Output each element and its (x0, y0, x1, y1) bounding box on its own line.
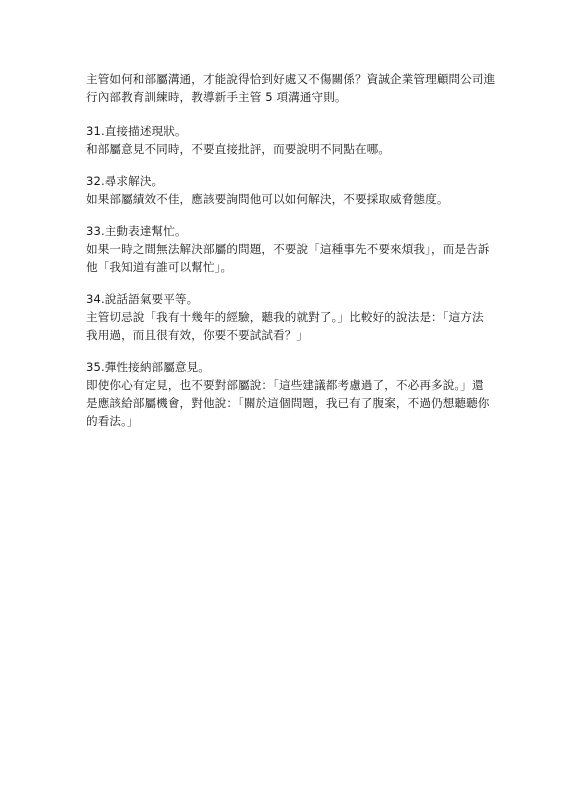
section-34: 34.說話語氣要平等。 主管切忌說「我有十幾年的經驗，聽我的就對了。」比較好的說… (86, 290, 510, 344)
section-heading: 35.彈性接納部屬意見。 (86, 358, 510, 376)
section-line: 即使你心有定見，也不要對部屬說：「這些建議都考慮過了，不必再多說。」還 (86, 376, 510, 394)
section-line: 的看法。」 (86, 412, 510, 430)
section-31: 31.直接描述現狀。 和部屬意見不同時，不要直接批評，而要說明不同點在哪。 (86, 122, 510, 158)
section-heading: 34.說話語氣要平等。 (86, 290, 510, 308)
intro-line: 行內部教育訓練時，教導新手主管 5 項溝通守則。 (86, 88, 510, 106)
section-32: 32.尋求解決。 如果部屬績效不佳，應該要詢問他可以如何解決，不要採取威脅態度。 (86, 172, 510, 208)
section-heading: 32.尋求解決。 (86, 172, 510, 190)
section-line: 和部屬意見不同時，不要直接批評，而要說明不同點在哪。 (86, 140, 510, 158)
section-line: 是應該給部屬機會，對他說：「關於這個問題，我已有了腹案，不過仍想聽聽你 (86, 394, 510, 412)
section-line: 他「我知道有誰可以幫忙」。 (86, 258, 510, 276)
intro-line: 主管如何和部屬溝通，才能說得恰到好處又不傷關係？資誠企業管理顧問公司進 (86, 70, 510, 88)
section-line: 如果一時之間無法解決部屬的問題，不要說「這種事先不要來煩我」，而是告訴 (86, 240, 510, 258)
document-body: 主管如何和部屬溝通，才能說得恰到好處又不傷關係？資誠企業管理顧問公司進 行內部教… (86, 70, 510, 444)
section-line: 如果部屬績效不佳，應該要詢問他可以如何解決，不要採取威脅態度。 (86, 190, 510, 208)
section-33: 33.主動表達幫忙。 如果一時之間無法解決部屬的問題，不要說「這種事先不要來煩我… (86, 222, 510, 276)
section-heading: 33.主動表達幫忙。 (86, 222, 510, 240)
section-heading: 31.直接描述現狀。 (86, 122, 510, 140)
section-line: 主管切忌說「我有十幾年的經驗，聽我的就對了。」比較好的說法是：「這方法 (86, 308, 510, 326)
intro-paragraph: 主管如何和部屬溝通，才能說得恰到好處又不傷關係？資誠企業管理顧問公司進 行內部教… (86, 70, 510, 106)
section-35: 35.彈性接納部屬意見。 即使你心有定見，也不要對部屬說：「這些建議都考慮過了，… (86, 358, 510, 430)
section-line: 我用過，而且很有效，你要不要試試看？」 (86, 326, 510, 344)
document-page: 主管如何和部屬溝通，才能說得恰到好處又不傷關係？資誠企業管理顧問公司進 行內部教… (0, 0, 566, 800)
